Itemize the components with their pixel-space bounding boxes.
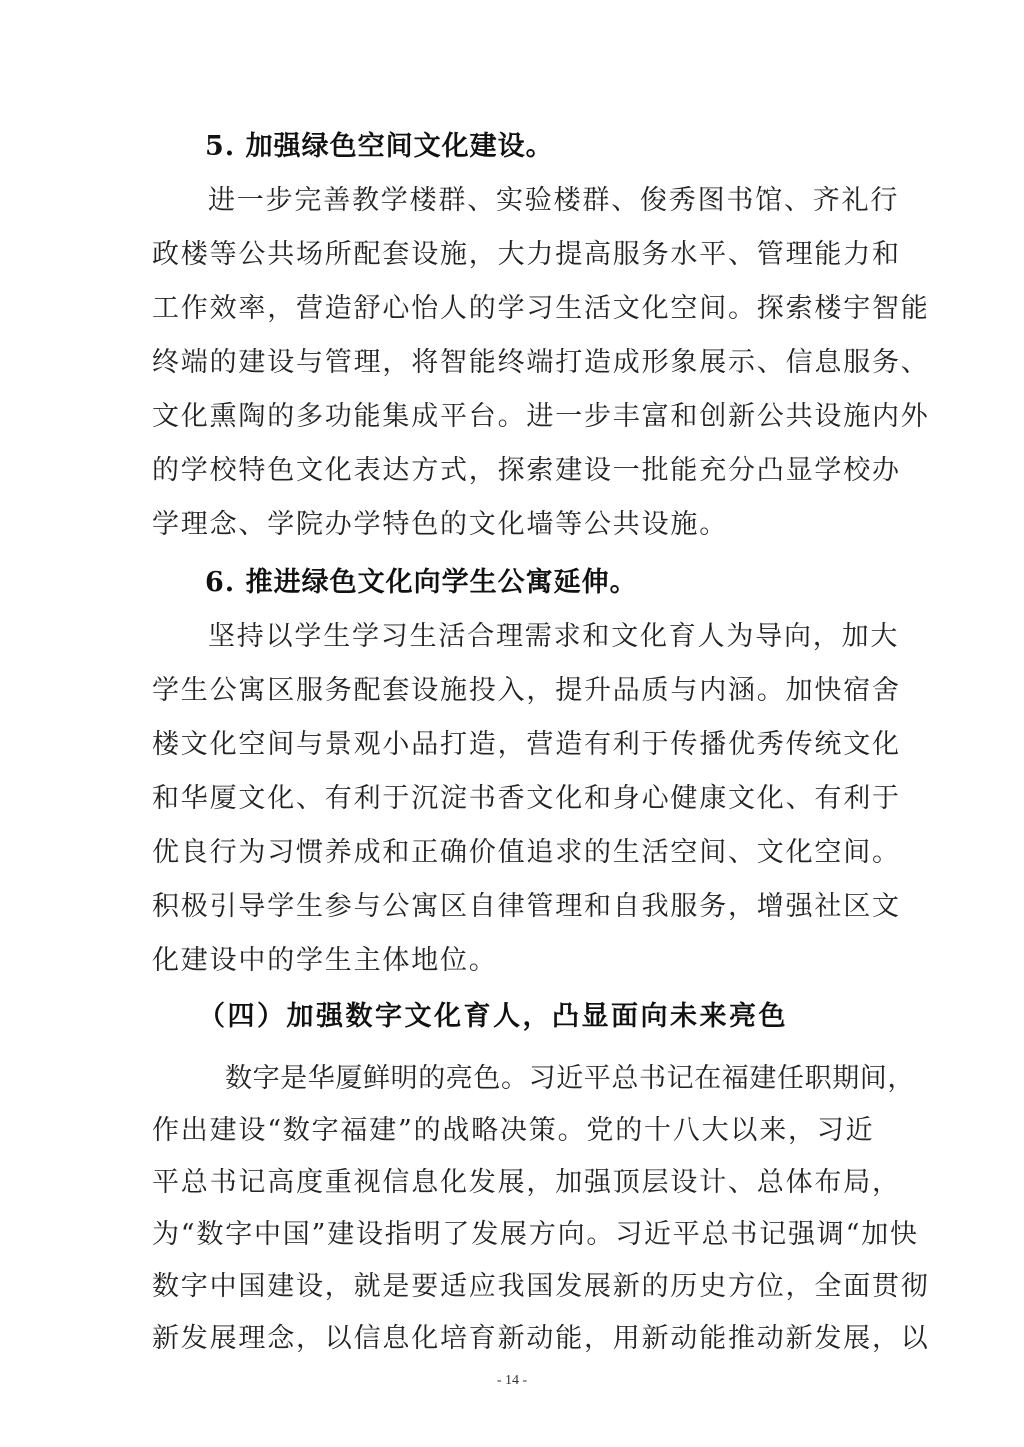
paragraph-line: 作出建设“数字福建”的战略决策。党的十八大以来，习近 [152, 1114, 874, 1148]
paragraph-line: 为“数字中国”建设指明了发展方向。习近平总书记强调“加快 [152, 1218, 919, 1252]
paragraph-line: 学理念、学院办学特色的文化墙等公共设施。 [152, 508, 728, 542]
paragraph-line: 积极引导学生参与公寓区自律管理和自我服务，增强社区文 [152, 890, 901, 924]
paragraph-line: 数字是华厦鲜明的亮色。习近平总书记在福建任职期间， [225, 1062, 915, 1096]
paragraph-line: 新发展理念，以信息化培育新动能，用新动能推动新发展，以 [152, 1322, 930, 1356]
paragraph-line: 坚持以学生学习生活合理需求和文化育人为导向，加大 [208, 620, 899, 654]
paragraph-line: 的学校特色文化表达方式，探索建设一批能充分凸显学校办 [152, 454, 901, 488]
paragraph-line: 优良行为习惯养成和正确价值追求的生活空间、文化空间。 [152, 836, 901, 870]
paragraph-line: 文化熏陶的多功能集成平台。进一步丰富和创新公共设施内外 [152, 400, 930, 434]
paragraph-line: 工作效率，营造舒心怡人的学习生活文化空间。探索楼宇智能 [152, 292, 930, 326]
paragraph-line: 平总书记高度重视信息化发展，加强顶层设计、总体布局， [152, 1166, 901, 1200]
paragraph-line: 进一步完善教学楼群、实验楼群、俊秀图书馆、齐礼行 [208, 184, 899, 218]
paragraph-line: 和华厦文化、有利于沉淀书香文化和身心健康文化、有利于 [152, 782, 901, 816]
page-number: - 14 - [0, 1372, 1024, 1390]
paragraph-line: 终端的建设与管理，将智能终端打造成形象展示、信息服务、 [152, 346, 930, 380]
paragraph-line: 楼文化空间与景观小品打造，营造有利于传播优秀传统文化 [152, 728, 901, 762]
paragraph-line: 学生公寓区服务配套设施投入，提升品质与内涵。加快宿舍 [152, 674, 901, 708]
paragraph-line: 数字中国建设，就是要适应我国发展新的历史方位，全面贯彻 [152, 1270, 930, 1304]
subheading-item-5: 5. 加强绿色空间文化建设。 [205, 130, 554, 164]
subheading-item-6: 6. 推进绿色文化向学生公寓延伸。 [205, 566, 638, 600]
document-page: 5. 加强绿色空间文化建设。 进一步完善教学楼群、实验楼群、俊秀图书馆、齐礼行 … [0, 0, 1024, 1447]
paragraph-line: 化建设中的学生主体地位。 [152, 944, 498, 978]
section-heading-part-4: （四）加强数字文化育人，凸显面向未来亮色 [198, 1000, 788, 1034]
paragraph-line: 政楼等公共场所配套设施，大力提高服务水平、管理能力和 [152, 238, 901, 272]
